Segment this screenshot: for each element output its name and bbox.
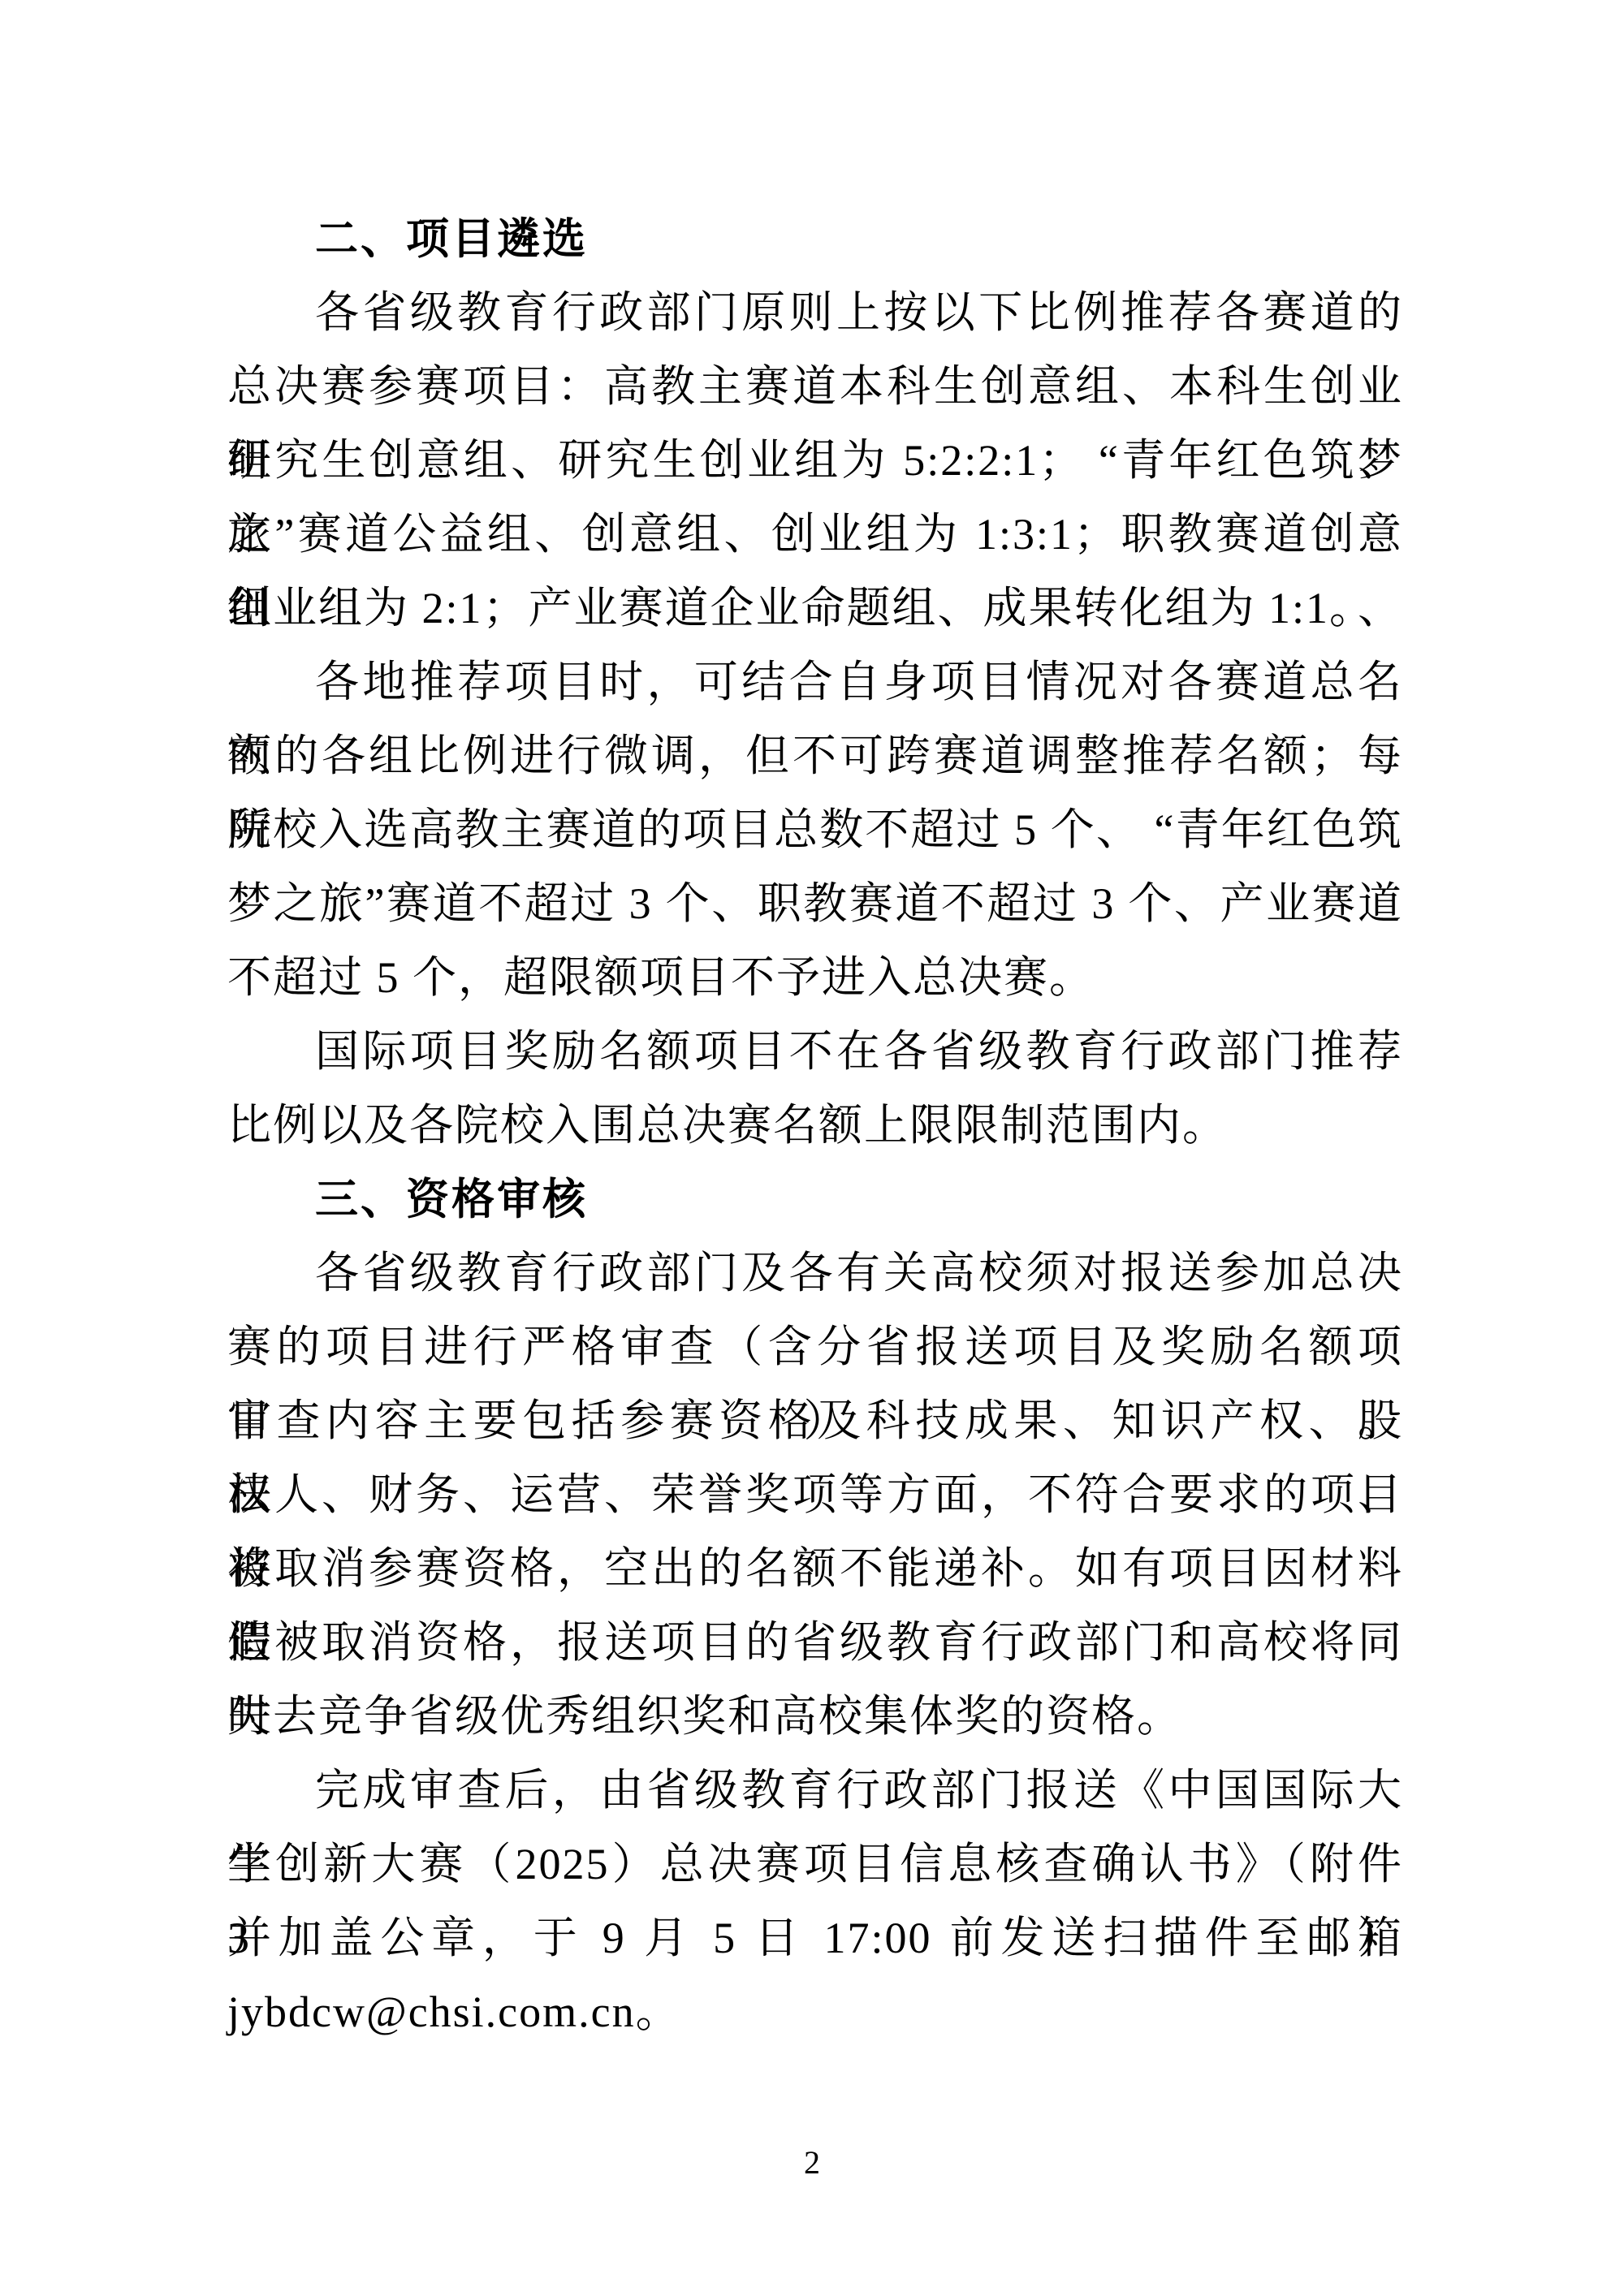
text-line: 旅”赛道公益组、创意组、创业组为 1:3:1；职教赛道创意组、 bbox=[227, 498, 1403, 572]
text-line: 完成审查后，由省级教育行政部门报送《中国国际大学 bbox=[227, 1754, 1403, 1828]
text-line: 假被取消资格，报送项目的省级教育行政部门和高校将同时 bbox=[227, 1606, 1403, 1680]
text-line: 内的各组比例进行微调，但不可跨赛道调整推荐名额；每所 bbox=[227, 719, 1403, 793]
text-line: 创业组为 2:1；产业赛道企业命题组、成果转化组为 1:1。 bbox=[227, 572, 1403, 645]
text-line: 各地推荐项目时，可结合自身项目情况对各赛道总名额 bbox=[227, 645, 1403, 719]
text-line: 生创新大赛（2025）总决赛项目信息核查确认书》（附件 3） bbox=[227, 1828, 1403, 1901]
text-line: 各省级教育行政部门及各有关高校须对报送参加总决 bbox=[227, 1236, 1403, 1310]
text-line: 审查内容主要包括参赛资格及科技成果、知识产权、股权、 bbox=[227, 1384, 1403, 1458]
document-page: 二、项目遴选各省级教育行政部门原则上按以下比例推荐各赛道的总决赛参赛项目：高教主… bbox=[0, 0, 1624, 2296]
text-line: 各省级教育行政部门原则上按以下比例推荐各赛道的 bbox=[227, 276, 1403, 350]
text-line: 失去竞争省级优秀组织奖和高校集体奖的资格。 bbox=[227, 1680, 1403, 1754]
text-line: 并加盖公章，于 9 月 5 日 17:00 前发送扫描件至邮箱 bbox=[227, 1901, 1403, 1975]
section-heading: 三、资格审核 bbox=[227, 1163, 1403, 1236]
text-line: 法人、财务、运营、荣誉奖项等方面，不符合要求的项目将 bbox=[227, 1458, 1403, 1532]
text-line: 国际项目奖励名额项目不在各省级教育行政部门推荐 bbox=[227, 1015, 1403, 1089]
page-number: 2 bbox=[0, 2143, 1624, 2182]
text-line: 院校入选高教主赛道的项目总数不超过 5 个、 “青年红色筑 bbox=[227, 793, 1403, 867]
section-heading: 二、项目遴选 bbox=[227, 202, 1403, 276]
text-line: 总决赛参赛项目：高教主赛道本科生创意组、本科生创业组、 bbox=[227, 350, 1403, 424]
text-line: 不超过 5 个，超限额项目不予进入总决赛。 bbox=[227, 941, 1403, 1015]
text-line: 研究生创意组、研究生创业组为 5:2:2:1； “青年红色筑梦之 bbox=[227, 424, 1403, 498]
text-line: 被取消参赛资格，空出的名额不能递补。如有项目因材料造 bbox=[227, 1532, 1403, 1606]
text-line: jybdcw@chsi.com.cn。 bbox=[227, 1975, 1403, 2049]
text-line: 比例以及各院校入围总决赛名额上限限制范围内。 bbox=[227, 1089, 1403, 1163]
document-body: 二、项目遴选各省级教育行政部门原则上按以下比例推荐各赛道的总决赛参赛项目：高教主… bbox=[227, 202, 1403, 2049]
text-line: 梦之旅”赛道不超过 3 个、职教赛道不超过 3 个、产业赛道 bbox=[227, 867, 1403, 941]
text-line: 赛的项目进行严格审查（含分省报送项目及奖励名额项目）。 bbox=[227, 1310, 1403, 1384]
